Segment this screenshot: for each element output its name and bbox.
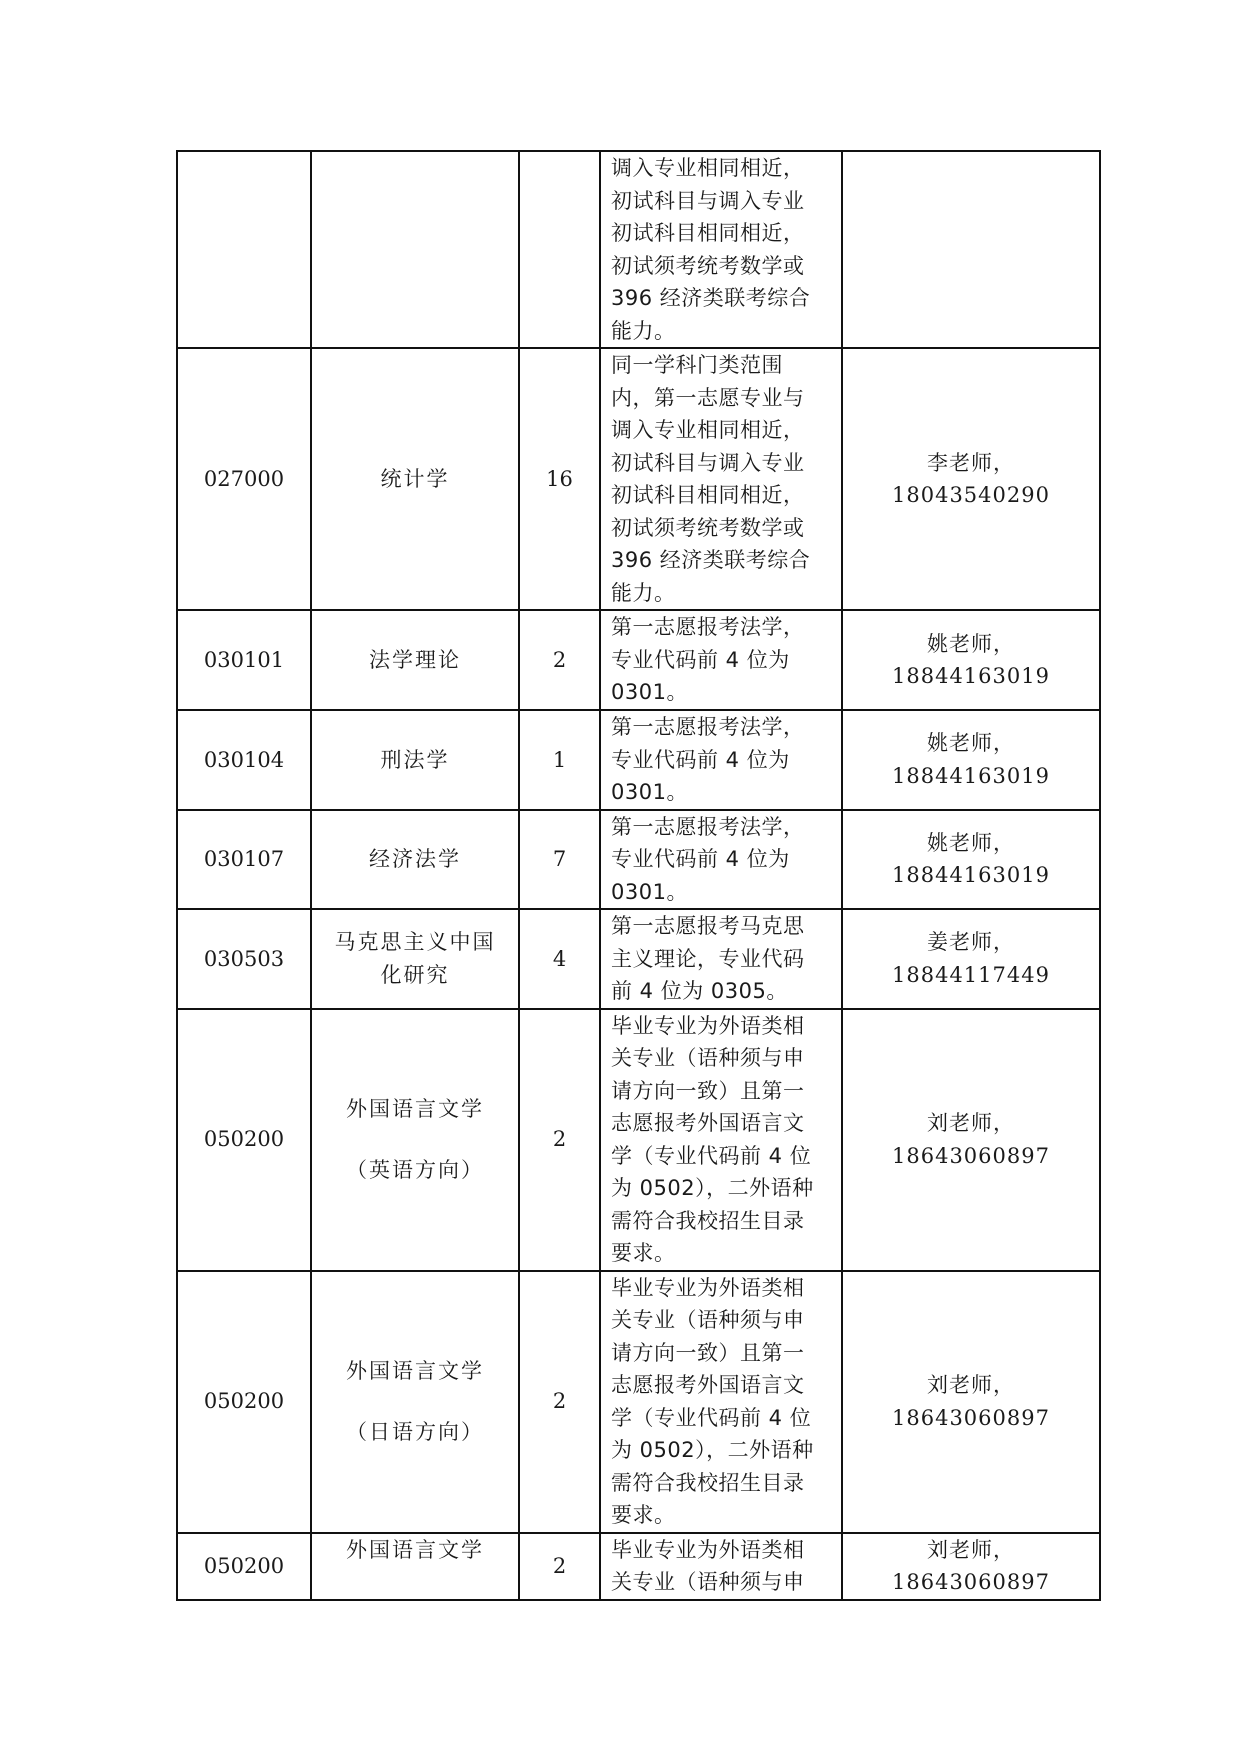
requirements-line: 要求。 [611,1499,833,1532]
requirements-line: 0301。 [611,776,833,809]
requirements-cell: 第一志愿报考法学， 专业代码前 4 位为 0301。 [600,610,842,710]
requirements-line: 请方向一致）且第一 [611,1337,833,1370]
requirements-line: 需符合我校招生目录 [611,1467,833,1500]
spacer [312,1126,518,1154]
quota-cell: 2 [519,1533,600,1600]
requirements-line: 396 经济类联考综合 [611,282,833,315]
contact-phone: 18844117449 [843,959,1099,992]
requirements-line: 0301。 [611,876,833,909]
major-name-cell: 经济法学 [311,810,519,910]
table-row: 调入专业相同相近， 初试科目与调入专业 初试科目相同相近， 初试须考统考数学或 … [177,151,1100,348]
quota-cell: 7 [519,810,600,910]
requirements-cell: 毕业专业为外语类相 关专业（语种须与申 请方向一致）且第一 志愿报考外国语言文 … [600,1009,842,1271]
requirements-line: 主义理论，专业代码 [611,943,833,976]
requirements-line: 内，第一志愿专业与 [611,382,833,415]
requirements-line: 专业代码前 4 位为 [611,744,833,777]
requirements-line: 志愿报考外国语言文 [611,1369,833,1402]
requirements-line: 第一志愿报考法学， [611,611,833,644]
major-code-cell: 030503 [177,909,311,1009]
major-code-cell: 030107 [177,810,311,910]
requirements-line: 第一志愿报考法学， [611,711,833,744]
requirements-line: 初试须考统考数学或 [611,512,833,545]
contact-cell: 李老师， 18043540290 [842,348,1100,610]
major-code-cell: 030101 [177,610,311,710]
requirements-line: 初试须考统考数学或 [611,250,833,283]
major-code-cell: 027000 [177,348,311,610]
contact-teacher: 刘老师， [843,1369,1099,1402]
major-code-cell [177,151,311,348]
requirements-line: 为 0502），二外语种 [611,1172,833,1205]
contact-cell: 刘老师， 18643060897 [842,1271,1100,1533]
major-name-cell: 外国语言文学 （英语方向） [311,1009,519,1271]
contact-phone: 18844163019 [843,859,1099,892]
major-name-line: 外国语言文学 [312,1534,518,1567]
contact-cell: 刘老师， 18643060897 [842,1009,1100,1271]
quota-cell [519,151,600,348]
requirements-line: 0301。 [611,676,833,709]
major-name-line: 法学理论 [312,644,518,677]
requirements-line: 前 4 位为 0305。 [611,975,833,1008]
major-direction-line: （英语方向） [312,1154,518,1187]
contact-teacher: 姚老师， [843,628,1099,661]
major-code-cell: 050200 [177,1533,311,1600]
contact-teacher: 姚老师， [843,727,1099,760]
major-code-cell: 050200 [177,1271,311,1533]
table-row: 030107 经济法学 7 第一志愿报考法学， 专业代码前 4 位为 0301。… [177,810,1100,910]
table-row: 030104 刑法学 1 第一志愿报考法学， 专业代码前 4 位为 0301。 … [177,710,1100,810]
requirements-line: 请方向一致）且第一 [611,1075,833,1108]
requirements-line: 关专业（语种须与申 [611,1042,833,1075]
major-name-line: 外国语言文学 [312,1093,518,1126]
major-name-cell [311,151,519,348]
table-row: 050200 外国语言文学 2 毕业专业为外语类相 关专业（语种须与申 刘老师，… [177,1533,1100,1600]
requirements-line: 初试科目相同相近， [611,217,833,250]
contact-phone: 18844163019 [843,660,1099,693]
requirements-line: 志愿报考外国语言文 [611,1107,833,1140]
table-row: 050200 外国语言文学 （英语方向） 2 毕业专业为外语类相 关专业（语种须… [177,1009,1100,1271]
contact-phone: 18043540290 [843,479,1099,512]
requirements-cell: 第一志愿报考法学， 专业代码前 4 位为 0301。 [600,810,842,910]
major-name-line: 刑法学 [312,744,518,777]
major-name-line: 马克思主义中国 [312,926,518,959]
major-name-cell: 外国语言文学 [311,1533,519,1600]
quota-cell: 2 [519,1009,600,1271]
contact-phone: 18844163019 [843,760,1099,793]
requirements-line: 调入专业相同相近， [611,152,833,185]
major-name-line: 经济法学 [312,843,518,876]
requirements-line: 学（专业代码前 4 位 [611,1402,833,1435]
contact-teacher: 李老师， [843,447,1099,480]
requirements-line: 初试科目与调入专业 [611,447,833,480]
major-name-cell: 统计学 [311,348,519,610]
contact-teacher: 刘老师， [843,1107,1099,1140]
contact-phone: 18643060897 [843,1402,1099,1435]
table-row: 027000 统计学 16 同一学科门类范围 内，第一志愿专业与 调入专业相同相… [177,348,1100,610]
contact-cell: 刘老师， 18643060897 [842,1533,1100,1600]
major-code-cell: 050200 [177,1009,311,1271]
requirements-cell: 毕业专业为外语类相 关专业（语种须与申 [600,1533,842,1600]
requirements-line: 要求。 [611,1237,833,1270]
contact-cell: 姚老师， 18844163019 [842,810,1100,910]
quota-cell: 16 [519,348,600,610]
table-row: 050200 外国语言文学 （日语方向） 2 毕业专业为外语类相 关专业（语种须… [177,1271,1100,1533]
quota-cell: 4 [519,909,600,1009]
table-row: 030101 法学理论 2 第一志愿报考法学， 专业代码前 4 位为 0301。… [177,610,1100,710]
contact-cell: 姚老师， 18844163019 [842,710,1100,810]
requirements-cell: 调入专业相同相近， 初试科目与调入专业 初试科目相同相近， 初试须考统考数学或 … [600,151,842,348]
major-name-cell: 外国语言文学 （日语方向） [311,1271,519,1533]
requirements-cell: 毕业专业为外语类相 关专业（语种须与申 请方向一致）且第一 志愿报考外国语言文 … [600,1271,842,1533]
requirements-line: 第一志愿报考法学， [611,811,833,844]
requirements-line: 396 经济类联考综合 [611,544,833,577]
requirements-line: 毕业专业为外语类相 [611,1010,833,1043]
quota-cell: 2 [519,610,600,710]
major-name-cell: 马克思主义中国 化研究 [311,909,519,1009]
contact-teacher: 刘老师， [843,1534,1099,1567]
major-name-line: 统计学 [312,463,518,496]
requirements-line: 毕业专业为外语类相 [611,1272,833,1305]
quota-cell: 2 [519,1271,600,1533]
table-row: 030503 马克思主义中国 化研究 4 第一志愿报考马克思 主义理论，专业代码… [177,909,1100,1009]
major-name-cell: 法学理论 [311,610,519,710]
contact-teacher: 姚老师， [843,827,1099,860]
contact-phone: 18643060897 [843,1140,1099,1173]
requirements-line: 第一志愿报考马克思 [611,910,833,943]
contact-cell: 姚老师， 18844163019 [842,610,1100,710]
requirements-cell: 第一志愿报考马克思 主义理论，专业代码 前 4 位为 0305。 [600,909,842,1009]
major-direction-line: （日语方向） [312,1416,518,1449]
adjustment-table: 调入专业相同相近， 初试科目与调入专业 初试科目相同相近， 初试须考统考数学或 … [176,150,1101,1601]
major-name-line: 化研究 [312,959,518,992]
quota-cell: 1 [519,710,600,810]
requirements-line: 能力。 [611,577,833,610]
requirements-line: 初试科目与调入专业 [611,185,833,218]
requirements-line: 同一学科门类范围 [611,349,833,382]
requirements-line: 毕业专业为外语类相 [611,1534,833,1567]
contact-cell [842,151,1100,348]
spacer [312,1388,518,1416]
requirements-line: 调入专业相同相近， [611,414,833,447]
contact-teacher: 姜老师， [843,926,1099,959]
requirements-cell: 第一志愿报考法学， 专业代码前 4 位为 0301。 [600,710,842,810]
contact-cell: 姜老师， 18844117449 [842,909,1100,1009]
requirements-line: 需符合我校招生目录 [611,1205,833,1238]
requirements-line: 专业代码前 4 位为 [611,644,833,677]
requirements-line: 关专业（语种须与申 [611,1304,833,1337]
requirements-line: 初试科目相同相近， [611,479,833,512]
major-code-cell: 030104 [177,710,311,810]
major-name-cell: 刑法学 [311,710,519,810]
requirements-line: 能力。 [611,315,833,348]
requirements-cell: 同一学科门类范围 内，第一志愿专业与 调入专业相同相近， 初试科目与调入专业 初… [600,348,842,610]
requirements-line: 为 0502），二外语种 [611,1434,833,1467]
requirements-line: 专业代码前 4 位为 [611,843,833,876]
requirements-line: 关专业（语种须与申 [611,1566,833,1599]
contact-phone: 18643060897 [843,1566,1099,1599]
requirements-line: 学（专业代码前 4 位 [611,1140,833,1173]
major-name-line: 外国语言文学 [312,1355,518,1388]
document-page: 调入专业相同相近， 初试科目与调入专业 初试科目相同相近， 初试须考统考数学或 … [0,0,1240,1753]
